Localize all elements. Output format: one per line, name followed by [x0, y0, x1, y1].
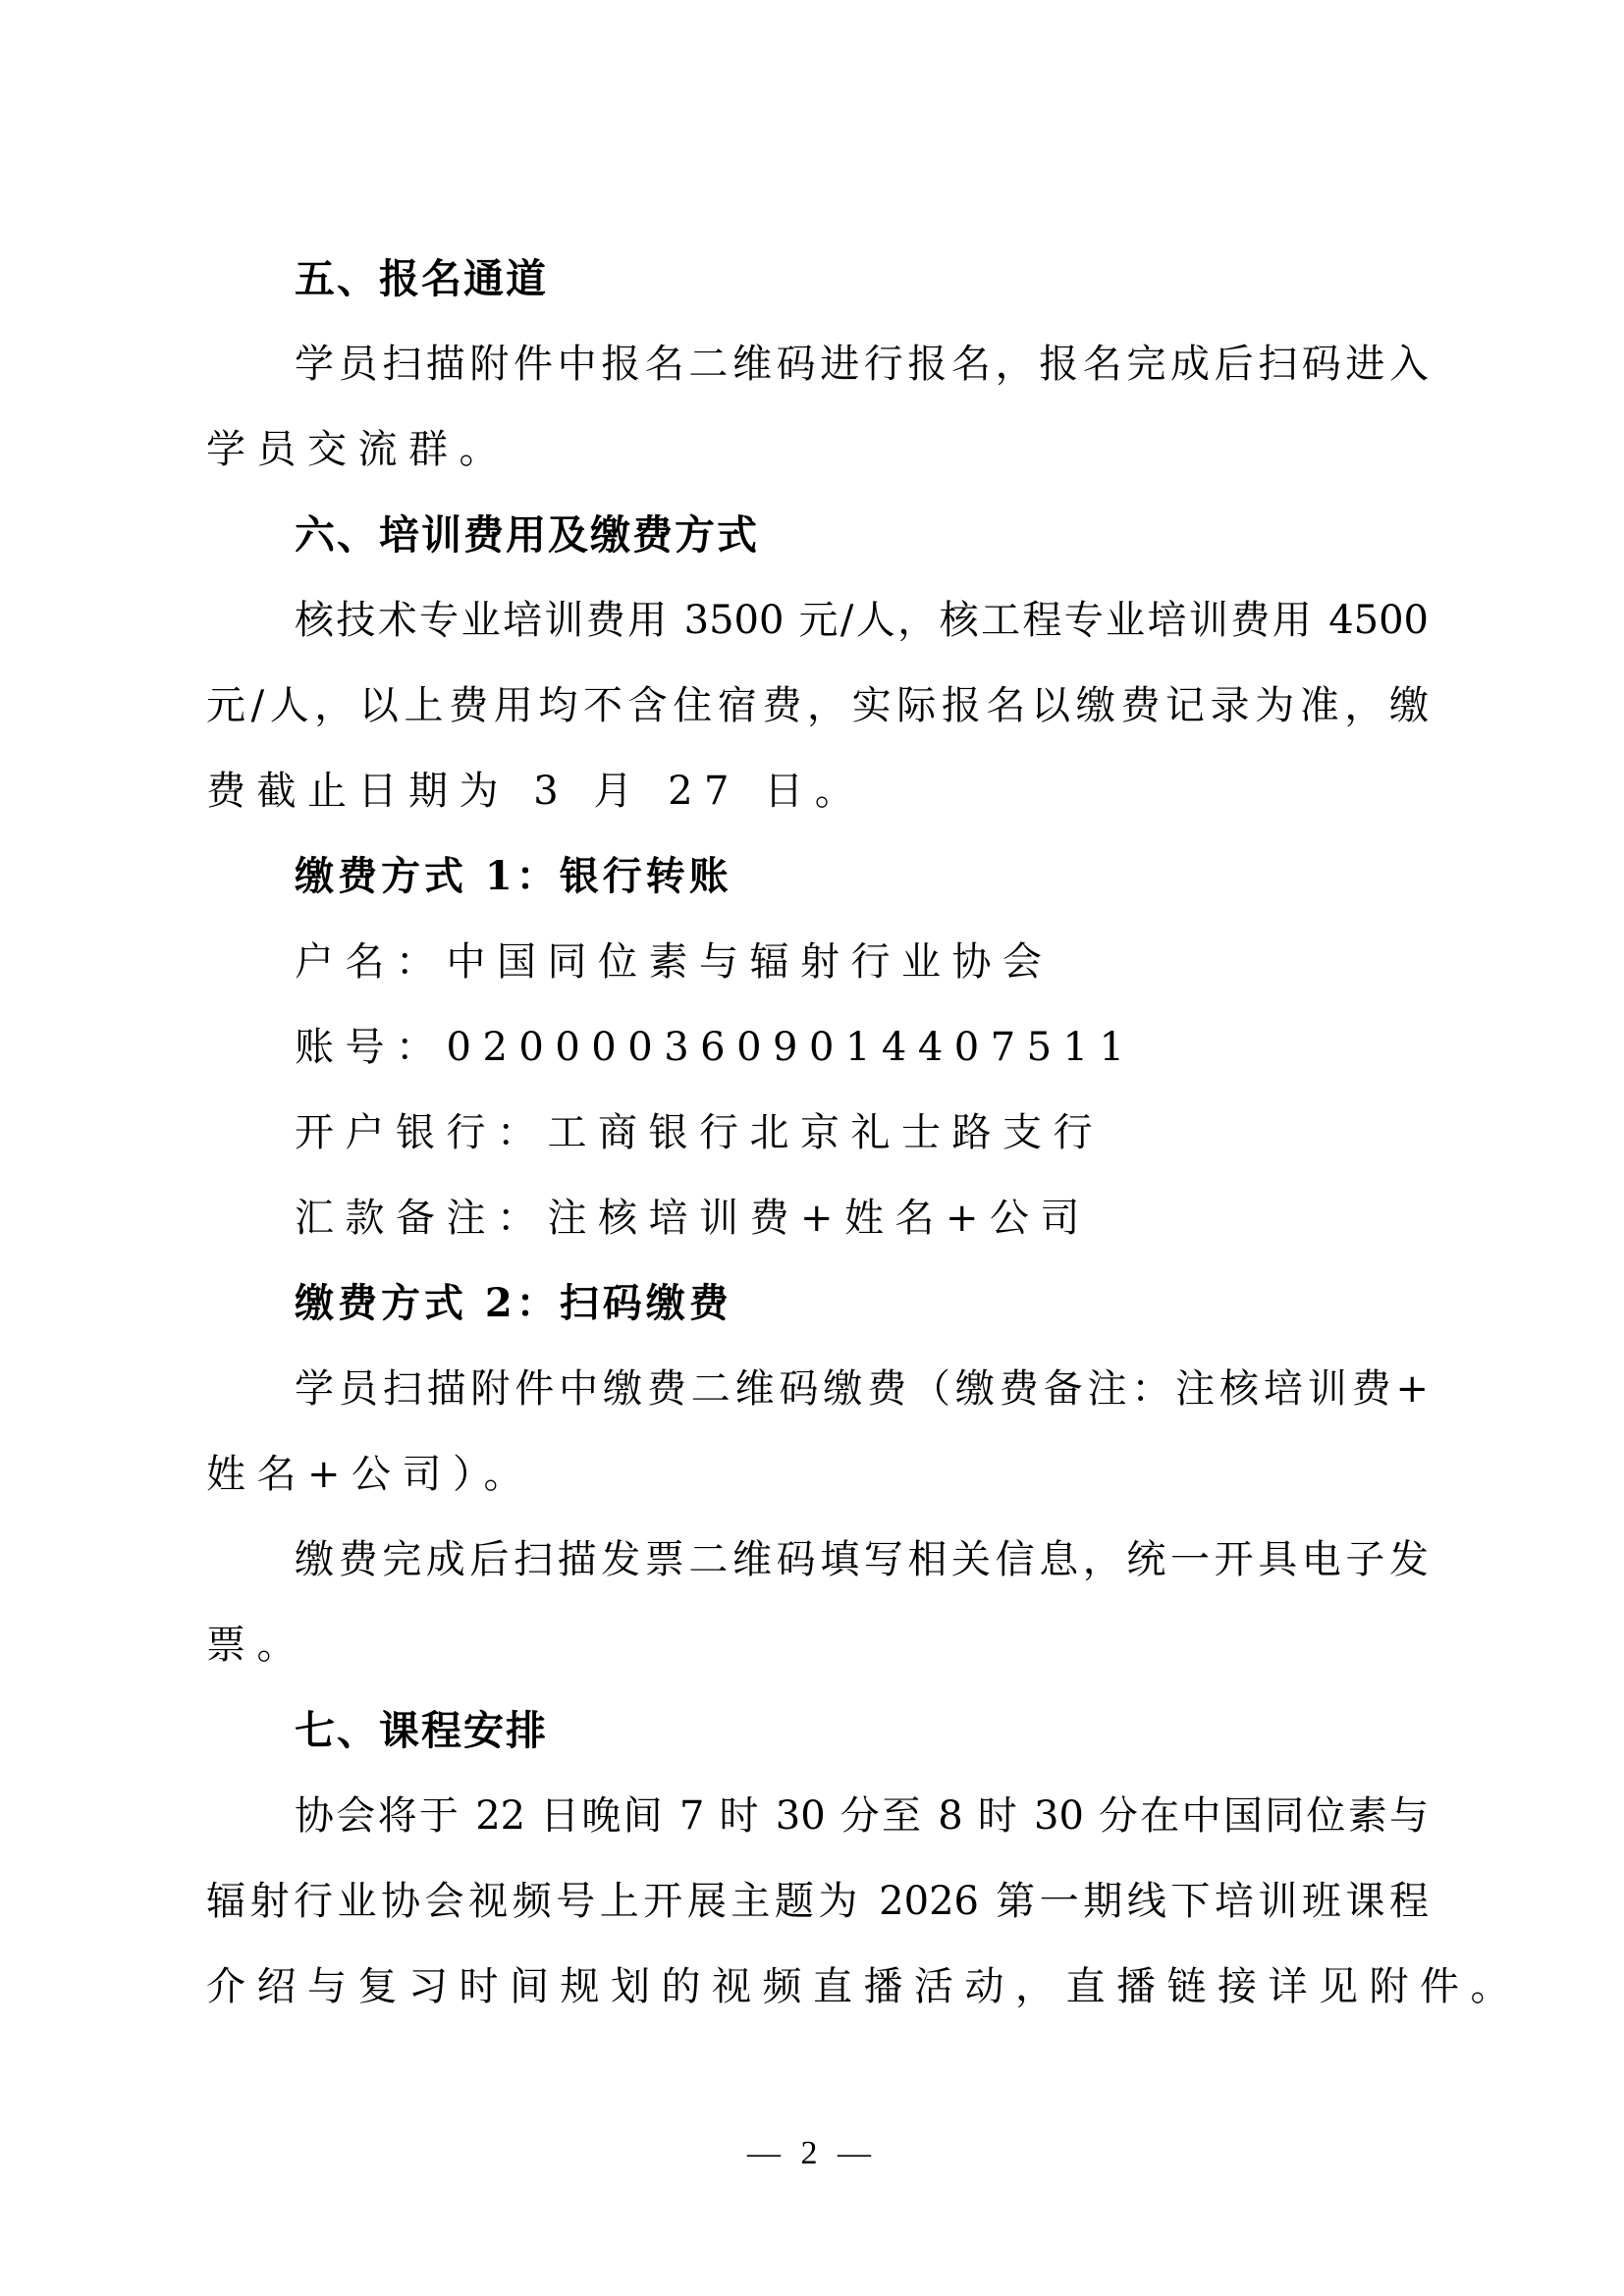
paragraph-line: 姓名+公司）。	[206, 1449, 1429, 1500]
section-heading-schedule: 七、课程安排	[295, 1705, 1429, 1756]
remittance-remark: 汇款备注：注核培训费+姓名+公司	[295, 1193, 1429, 1244]
paragraph-line: 缴费完成后扫描发票二维码填写相关信息，统一开具电子发	[295, 1534, 1429, 1585]
section-heading-registration: 五、报名通道	[295, 253, 1429, 304]
bank-name: 开户银行：工商银行北京礼士路支行	[295, 1107, 1429, 1158]
paragraph-line: 学员扫描附件中报名二维码进行报名，报名完成后扫码进入	[295, 339, 1429, 390]
paragraph-line: 费截止日期为 3 月 27 日。	[206, 766, 1429, 817]
paragraph-line: 辐射行业协会视频号上开展主题为 2026 第一期线下培训班课程	[206, 1876, 1429, 1927]
page-number: — 2 —	[0, 2135, 1624, 2172]
paragraph-line: 票。	[206, 1620, 1429, 1671]
paragraph-line: 元/人，以上费用均不含住宿费，实际报名以缴费记录为准，缴	[206, 680, 1429, 731]
paragraph-line: 介绍与复习时间规划的视频直播活动，直播链接详见附件。	[206, 1961, 1429, 2012]
paragraph-line: 学员扫描附件中缴费二维码缴费（缴费备注：注核培训费+	[295, 1363, 1429, 1415]
paragraph-line: 协会将于 22 日晚间 7 时 30 分至 8 时 30 分在中国同位素与	[295, 1790, 1429, 1842]
account-number: 账号：0200003609014407511	[295, 1022, 1429, 1073]
paragraph-line: 学员交流群。	[206, 424, 1429, 475]
payment-method-2-title: 缴费方式 2：扫码缴费	[295, 1278, 1429, 1329]
payment-method-1-title: 缴费方式 1：银行转账	[295, 851, 1429, 902]
paragraph-line: 核技术专业培训费用 3500 元/人，核工程专业培训费用 4500	[295, 595, 1429, 646]
section-heading-fees: 六、培训费用及缴费方式	[295, 509, 1429, 561]
account-name: 户名：中国同位素与辐射行业协会	[295, 936, 1429, 988]
